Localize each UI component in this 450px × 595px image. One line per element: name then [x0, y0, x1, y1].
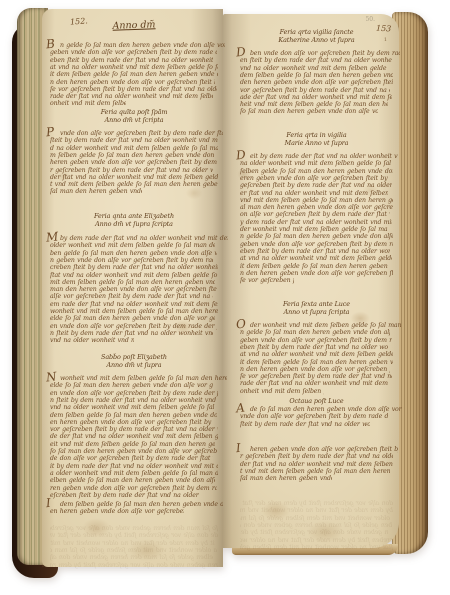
heading-line: Sabb̃o poſt Eliʒabeth: [50, 353, 218, 361]
script-line: I heren geben vnde don alſe vor geſcrebe…: [240, 446, 398, 453]
script-line: heit vnd mit dem ſelben gelde ſo ſal man…: [240, 101, 388, 108]
date-heading: Sabb̃o poſt EliʒabethAnno dm̃ vt ſupra: [50, 353, 218, 369]
script-line: Deit by dem rade der ſtat vnd na older w…: [240, 153, 398, 160]
initial-letter: I: [45, 498, 51, 508]
script-line: en vnde don alſe vor geſcreben ſteit by …: [50, 323, 217, 330]
showthrough-line: a older wonheit vnd mit dem ſelben gelde…: [50, 547, 217, 554]
heading-line: Feria qrta vigilia ſancte: [240, 28, 393, 36]
script-line: t vnd mit dem ſelben gelde ſo ſal man de…: [50, 181, 218, 188]
script-line: n den heren geben vnde don alſe vor geſc…: [240, 270, 393, 277]
heading-line: Feria ſexta ante Luce: [240, 300, 393, 308]
date-heading: Feria qnta ante EliʒabethAnno dm̃ vt ſup…: [50, 212, 218, 228]
script-line: n den heren geben vnde don alſe vor geſc…: [50, 79, 215, 86]
heading-line: Katherine Anno vt ſupra: [240, 36, 393, 44]
script-line: Bn gelde ſo ſal man den heren geben vnde…: [50, 42, 225, 49]
heading-line: Anno dm̃ vt ſupra: [50, 361, 218, 369]
script-line: M by dem rade der ſtat vnd na older wonh…: [50, 235, 228, 242]
script-line: it dem ſelben gelde ſo ſal man den heren…: [240, 359, 393, 366]
script-line: vnd na older wonheit vnd mit dem ſelben …: [240, 65, 388, 72]
script-line: Idem ſelben gelde ſo ſal man den heren g…: [50, 501, 223, 508]
script-line: eren geben vnde don alſe vor geſcreben ſ…: [240, 175, 390, 182]
date-heading: Feria quĩta poſt ſpãmAnno dm̃ vt ſcripta: [50, 108, 218, 124]
script-line: elben gelde ſo ſal man den heren geben v…: [50, 477, 215, 484]
initial-letter: A: [236, 403, 246, 414]
script-line: en vnde don alſe vor geſcreben ſteit by …: [50, 390, 218, 397]
script-line: elde ſo ſal man den heren geben vnde don…: [50, 382, 213, 389]
script-line: ſelben gelde ſo ſal man den heren geben …: [240, 168, 393, 175]
script-line: older wonheit vnd mit dem ſelben gelde ſ…: [50, 242, 215, 249]
script-line: at vnd na older wonheit vnd mit dem ſelb…: [50, 64, 218, 71]
script-line: onheit vnd mit dem ſelben gelde ſo ſal m…: [240, 388, 324, 395]
script-line: de don alſe vor geſcreben ſteit by dem r…: [50, 455, 213, 462]
script-line: a older wonheit vnd mit dem ſelben gelde…: [50, 470, 218, 477]
date-heading: Feria qrta in vigiliaMarie Anno vt ſupra: [240, 131, 393, 147]
script-line: it by dem rade der ſtat vnd na older won…: [50, 463, 218, 470]
script-line: onheit vnd mit dem ſelben gelde ſo ſal m…: [50, 100, 126, 107]
right-page-text: Feria qrta vigilia ſancteKatherine Anno …: [240, 14, 393, 548]
initial-letter: D: [236, 47, 246, 58]
script-line: geben vnde don alſe vor geſcreben ſteit …: [240, 241, 393, 248]
script-line: eben ſteit by dem rade der ſtat vnd na o…: [240, 248, 390, 255]
script-line: m ſelben gelde ſo ſal man den heren gebe…: [50, 152, 215, 159]
script-line: n ſteit by dem rade der ſtat vnd na olde…: [50, 397, 218, 404]
heading-line: Anno vt ſupra ſcripta: [240, 308, 393, 316]
initial-letter: O: [236, 319, 247, 330]
script-line: ben gelde ſo ſal man den heren geben vnd…: [50, 250, 217, 257]
script-line: en ſteit by dem rade der ſtat vnd na old…: [240, 57, 392, 64]
script-line: n gelde ſo ſal man den heren geben vnde …: [240, 233, 393, 240]
script-line: geben vnde don alſe vor geſcreben ſteit …: [240, 337, 392, 344]
initial-letter: D: [236, 150, 246, 161]
showthrough-line: don alſe vor geſcreben ſteit by dem rade…: [240, 500, 393, 507]
script-line: ſteit by dem rade der ſtat vnd na older …: [240, 421, 370, 428]
script-line: it dem ſelben gelde ſo ſal man den heren…: [50, 71, 218, 78]
heading-line: Octaua poſt Luce: [240, 397, 393, 405]
script-line: ſteit by dem rade der ſtat vnd na older …: [50, 137, 218, 144]
script-line: den heren geben vnde don alſe vor geſcre…: [240, 79, 393, 86]
script-line: ſal man den heren geben vnde don alſe vo…: [240, 475, 332, 482]
script-line: eben ſteit by dem rade der ſtat vnd na o…: [240, 344, 388, 351]
script-line: rade der ſtat vnd na older wonheit vnd m…: [50, 93, 213, 100]
script-line: ſe vor geſcreben ſteit by dem rade der ſ…: [240, 373, 392, 380]
script-line: dem ſelben gelde ſo ſal man den heren ge…: [240, 72, 393, 79]
showthrough-line: it by dem rade der ſtat vnd na older won…: [50, 540, 215, 547]
script-line: vor geſcreben ſteit by dem rade der ſtat…: [240, 87, 390, 94]
script-line: y dem rade der ſtat vnd na older wonheit…: [240, 219, 392, 226]
script-line: Dben vnde don alſe vor geſcreben ſteit b…: [240, 50, 400, 57]
script-line: man den heren geben vnde don alſe vor ge…: [50, 286, 217, 293]
script-line: at vnd na older wonheit vnd mit dem ſelb…: [240, 255, 392, 262]
pencil-mark: 50.: [365, 16, 375, 23]
script-line: N wonheit vnd mit dem ſelben gelde ſo ſa…: [50, 375, 227, 382]
script-line: r geſcreben ſteit by dem rade der ſtat v…: [50, 167, 213, 174]
heading-line: Marie Anno vt ſupra: [240, 139, 393, 147]
script-line: de der ſtat vnd na older wonheit vnd mit…: [50, 433, 218, 440]
script-line: vnd mit dem ſelben gelde ſo ſal man den …: [240, 197, 393, 204]
script-line: der wonheit vnd mit dem ſelben gelde ſo …: [240, 226, 388, 233]
initial-letter: N: [46, 371, 57, 382]
left-page-text: Anno dm̃Bn gelde ſo ſal man den heren ge…: [50, 9, 218, 567]
script-line: ſe vor geſcreben ſteit by dem rade der ſ…: [240, 277, 294, 284]
heading-line: Feria qrta in vigilia: [240, 131, 393, 139]
initial-letter: I: [235, 443, 241, 453]
showthrough-line: ren geben vnde don alſe vor geſcreben ſt…: [50, 562, 218, 569]
showthrough-line: creben ſteit by dem rade der ſtat vnd na…: [240, 537, 393, 544]
right-page: Feria qrta vigilia ſancteKatherine Anno …: [223, 14, 399, 548]
script-line: wonheit vnd mit dem ſelben gelde ſo ſal …: [50, 308, 218, 315]
heading-line: Anno dm̃ vt ſupra ſcripta: [50, 220, 218, 228]
script-line: em rade der ſtat vnd na older wonheit vn…: [50, 301, 218, 308]
script-line: der ſtat vnd na older wonheit vnd mit de…: [50, 174, 218, 181]
script-line: on alſe vor geſcreben ſteit by dem rade …: [240, 211, 390, 218]
heading-line: Feria quĩta poſt ſpãm: [50, 108, 218, 116]
script-line: vor geſcreben ſteit by dem rade der ſtat…: [50, 426, 218, 433]
showthrough-line: ſo ſal man den heren geben vnde don alſe…: [50, 525, 218, 532]
script-line: it dem ſelben gelde ſo ſal man den heren…: [240, 263, 388, 270]
heading-line: Feria qnta ante Eliʒabeth: [50, 212, 218, 220]
script-line: alſe vor geſcreben ſteit by dem rade der…: [50, 293, 213, 300]
script-line: en heren geben vnde don alſe vor geſcreb…: [50, 508, 184, 515]
script-line: Oder wonheit vnd mit dem ſelben gelde ſo…: [240, 322, 403, 329]
script-line: n den heren geben vnde don alſe vor geſc…: [240, 366, 390, 373]
ink-mark: 1: [384, 37, 387, 43]
script-line: ſal man den heren geben vnde don alſe vo…: [50, 188, 142, 195]
script-line: al man den heren geben vnde don alſe vor…: [240, 204, 393, 211]
script-line: ren geben vnde don alſe vor geſcreben ſt…: [50, 485, 217, 492]
manuscript-book: Anno dm̃Bn gelde ſo ſal man den heren ge…: [0, 0, 450, 595]
script-line: r geſcreben ſteit by dem rade der ſtat v…: [240, 453, 393, 460]
script-line: ade der ſtat vnd na older wonheit vnd mi…: [240, 94, 392, 101]
script-line: en heren geben vnde don alſe vor geſcreb…: [50, 419, 213, 426]
script-line: n gelde ſo ſal man den heren geben vnde …: [240, 329, 390, 336]
script-line: t vnd mit dem ſelben gelde ſo ſal man de…: [240, 468, 390, 475]
initial-letter: P: [45, 127, 54, 138]
showthrough-line: older wonheit vnd mit dem ſelben gelde ſ…: [240, 515, 390, 522]
script-line: ſe vor geſcreben ſteit by dem rade der ſ…: [50, 86, 217, 93]
date-heading: Feria ſexta ante LuceAnno vt ſupra ſcrip…: [240, 300, 393, 316]
script-line: na older wonheit vnd mit dem ſelben geld…: [240, 160, 393, 167]
showthrough-line: ben gelde ſo ſal man den heren geben vnd…: [240, 522, 392, 529]
showthrough-line: ſtat vnd na older wonheit vnd mit dem ſe…: [240, 544, 393, 551]
heading-line: Anno dm̃ vt ſcripta: [50, 116, 218, 124]
showthrough-line: n geben vnde don alſe vor geſcreben ſtei…: [240, 529, 388, 536]
script-line: der ſtat vnd na older wonheit vnd mit de…: [240, 461, 393, 468]
script-line: at vnd na older wonheit vnd mit dem ſelb…: [240, 351, 393, 358]
page-number: 153: [375, 24, 391, 34]
initial-letter: B: [46, 39, 56, 50]
date-heading: Feria qrta vigilia ſancteKatherine Anno …: [240, 28, 393, 44]
script-line: elde ſo ſal man den heren geben vnde don…: [50, 315, 215, 322]
script-line: eſcreben ſteit by dem rade der ſtat vnd …: [50, 492, 201, 499]
script-line: P vnde don alſe vor geſcreben ſteit by d…: [50, 130, 223, 137]
script-line: geben vnde don alſe vor geſcreben ſteit …: [50, 49, 217, 56]
script-line: creben ſteit by dem rade der ſtat vnd na…: [50, 264, 218, 271]
photo-background: Anno dm̃Bn gelde ſo ſal man den heren ge…: [0, 0, 450, 595]
script-line: ſo ſal man den heren geben vnde don alſe…: [50, 448, 217, 455]
script-line: vnd na older wonheit vnd mit dem ſelben …: [50, 337, 134, 344]
showthrough-line: elben gelde ſo ſal man den heren geben v…: [50, 554, 213, 561]
script-line: dem ſelben gelde ſo ſal man den heren ge…: [50, 412, 217, 419]
script-line: mit dem ſelben gelde ſo ſal man den here…: [50, 279, 215, 286]
script-line: er ſtat vnd na older wonheit vnd mit dem…: [240, 190, 388, 197]
script-line: n geben vnde don alſe vor geſcreben ſtei…: [50, 257, 213, 264]
script-line: eben ſteit by dem rade der ſtat vnd na o…: [50, 57, 213, 64]
script-line: ſo ſal man den heren geben vnde don alſe…: [240, 108, 378, 115]
script-line: d na older wonheit vnd mit dem ſelben ge…: [50, 145, 218, 152]
left-page: Anno dm̃Bn gelde ſo ſal man den heren ge…: [42, 9, 223, 567]
initial-letter: M: [46, 231, 59, 242]
script-line: vnde don alſe vor geſcreben ſteit by dem…: [240, 413, 388, 420]
script-line: eit vnd mit dem ſelben gelde ſo ſal man …: [50, 441, 215, 448]
showthrough-line: by dem rade der ſtat vnd na older wonhei…: [240, 507, 393, 514]
script-line: rade der ſtat vnd na older wonheit vnd m…: [240, 380, 388, 387]
showthrough-line: de don alſe vor geſcreben ſteit by dem r…: [50, 532, 218, 539]
date-heading: Octaua poſt Luce: [240, 397, 393, 405]
script-line: heren geben vnde don alſe vor geſcreben …: [50, 159, 217, 166]
script-line: ſtat vnd na older wonheit vnd mit dem ſe…: [50, 272, 218, 279]
page-number: 152.: [70, 16, 88, 26]
script-line: vnd na older wonheit vnd mit dem ſelben …: [50, 404, 215, 411]
script-line: Ade ſo ſal man den heren geben vnde don …: [240, 406, 402, 413]
script-line: n ſteit by dem rade der ſtat vnd na olde…: [50, 330, 213, 337]
script-line: geſcreben ſteit by dem rade der ſtat vnd…: [240, 182, 392, 189]
